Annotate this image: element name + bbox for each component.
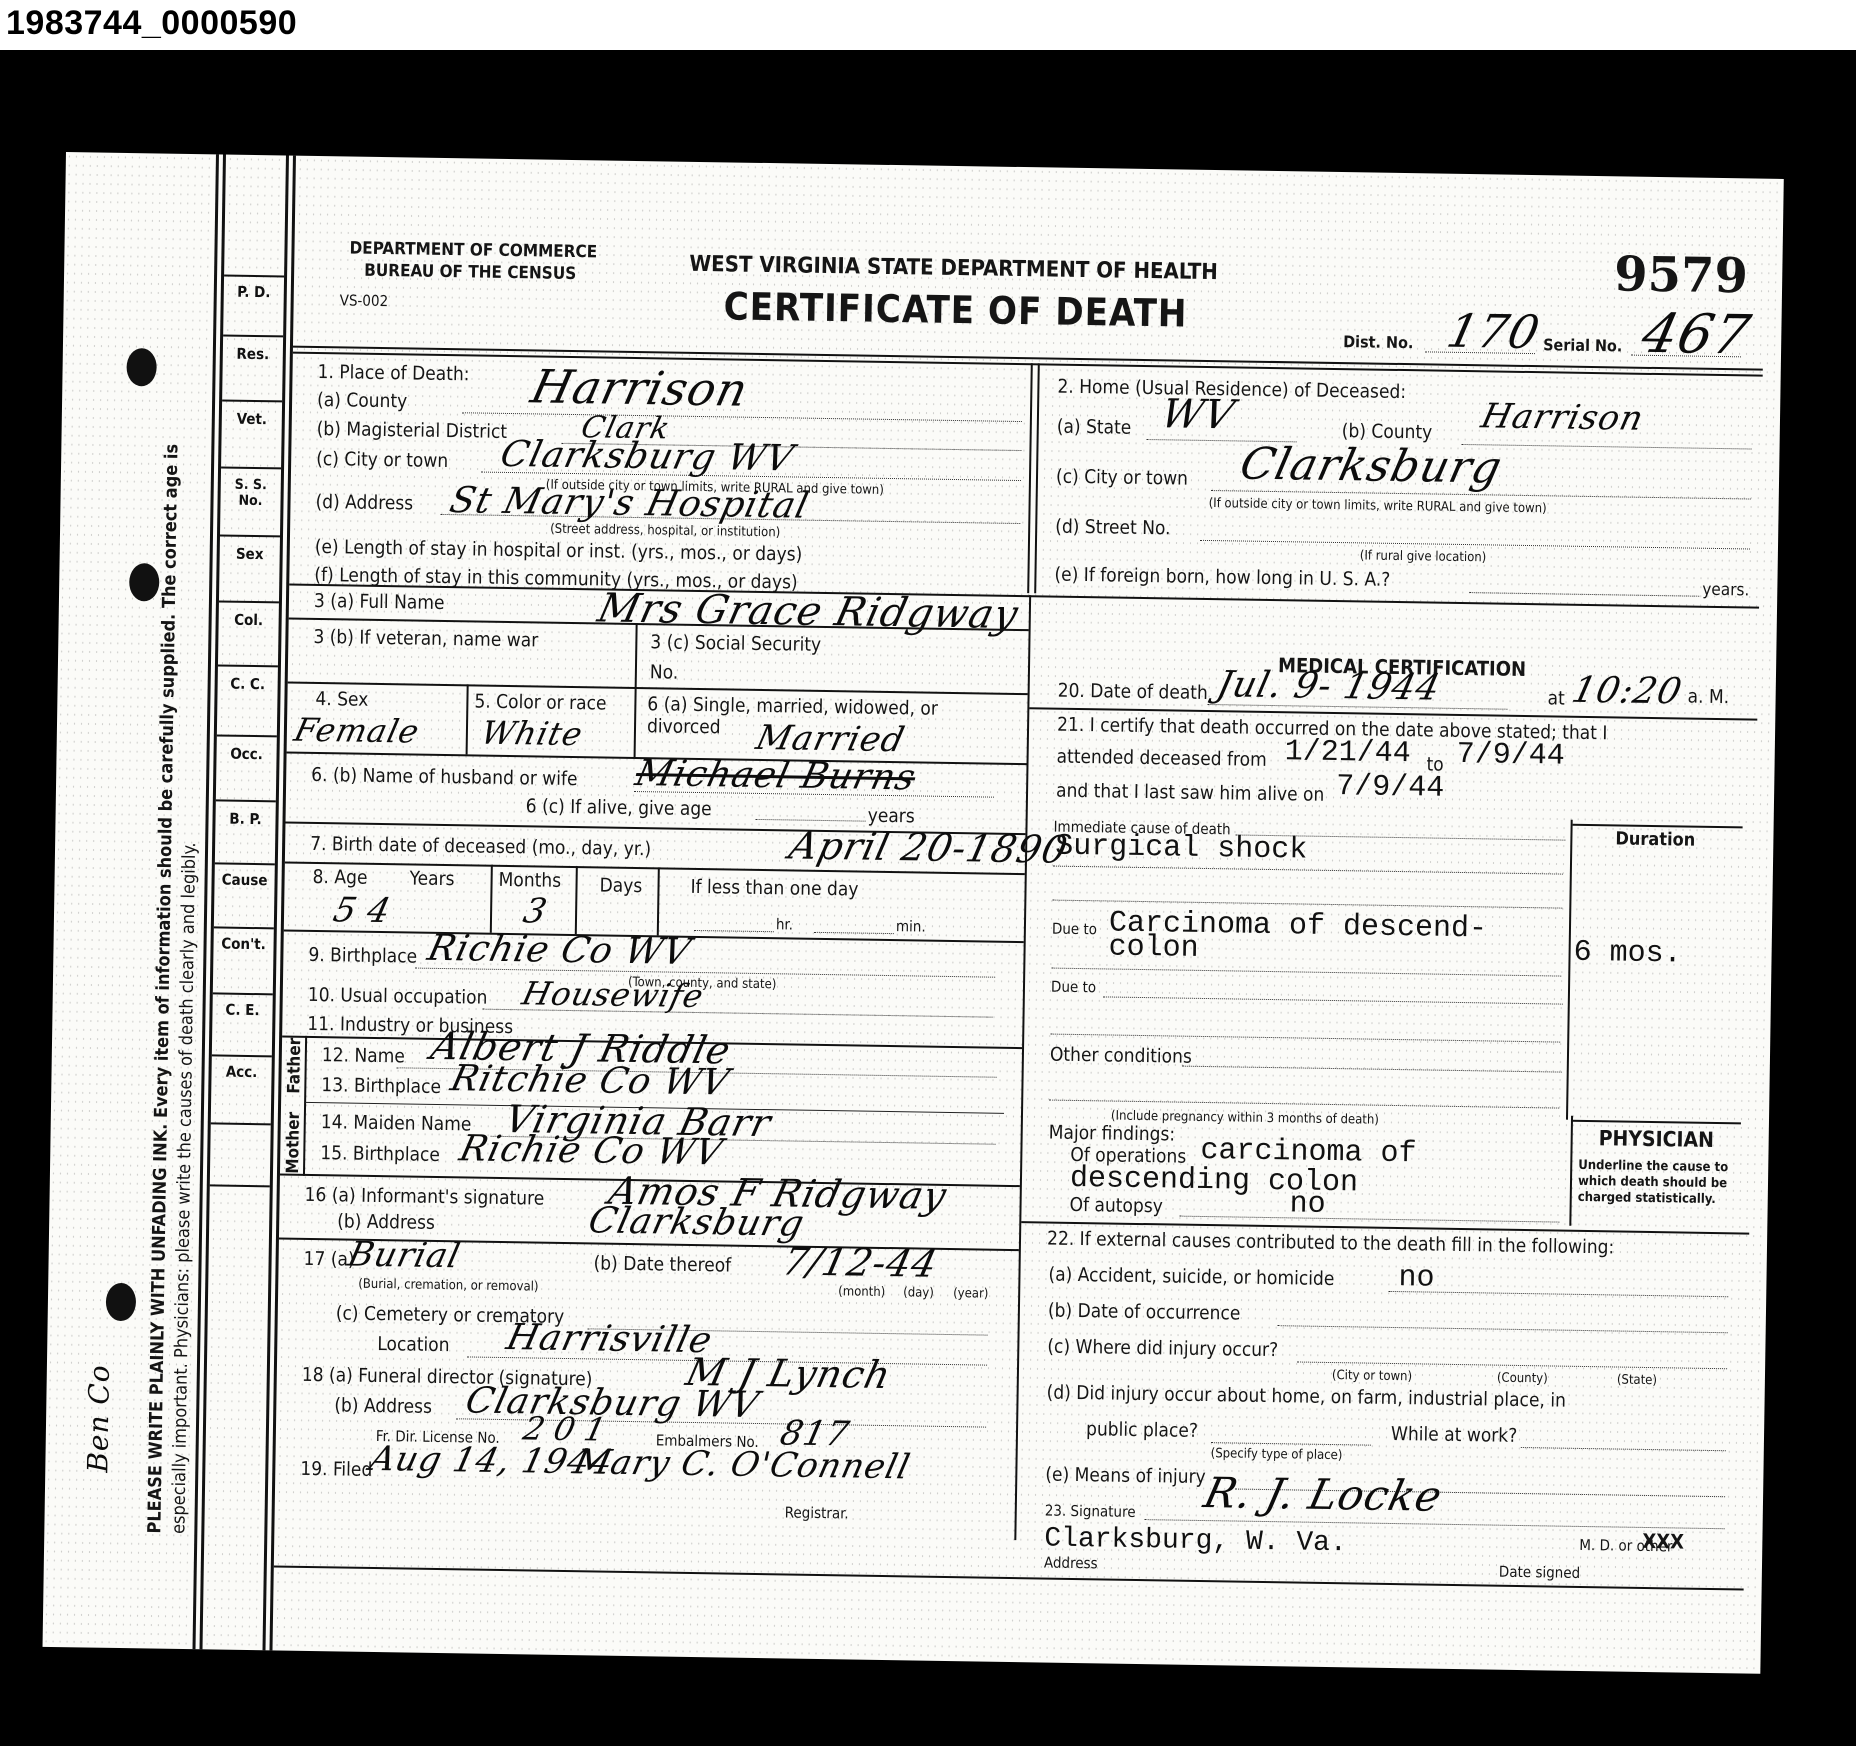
due-to-label: Due to [1052, 920, 1097, 939]
margin-handwritten-note: Ben Co [81, 1364, 116, 1473]
means-of-injury-label: (e) Means of injury [1045, 1464, 1206, 1489]
image-id-band: 1983744_0000590 [0, 0, 1856, 50]
birth-date-value: April 20-1890 [785, 824, 1072, 872]
district-label: (b) Magisterial District [317, 418, 508, 443]
mother-tag: Mother [283, 1112, 304, 1174]
location-label: Location [377, 1333, 450, 1356]
res-state-value: WV [1157, 391, 1239, 438]
code-cont: Con't. [213, 934, 273, 953]
code-bp: B. P. [215, 809, 275, 828]
where-label: (c) Where did injury occur? [1047, 1336, 1278, 1362]
autopsy-value: no [1289, 1187, 1326, 1222]
punch-hole-icon [106, 1283, 137, 1321]
code-pd: P. D. [224, 282, 284, 301]
birth-date-label: 7. Birth date of deceased (mo., day, yr.… [310, 833, 651, 860]
foreign-born-label: (e) If foreign born, how long in U. S. A… [1054, 564, 1390, 591]
other-conditions-label: Other conditions [1050, 1044, 1192, 1068]
code-cc: C. C. [218, 674, 278, 693]
public-place-note: (Specify type of place) [1211, 1446, 1343, 1463]
certifier-signature-label: 23. Signature [1045, 1502, 1136, 1521]
occupation-label: 10. Usual occupation [308, 984, 488, 1009]
death-certificate: PLEASE WRITE PLAINLY WITH UNFADING INK. … [43, 152, 1784, 1674]
sex-value: Female [291, 711, 424, 751]
due-to-value-line2: colon [1108, 930, 1199, 965]
death-city-label: (c) City or town [316, 448, 448, 472]
serial-no-label: Serial No. [1543, 335, 1623, 355]
place-of-death-heading: 1. Place of Death: [317, 361, 469, 385]
code-occ: Occ. [216, 744, 276, 763]
death-time-label: at [1547, 687, 1565, 709]
physician-note: Underline the cause to which death shoul… [1578, 1158, 1729, 1208]
res-state-label: (a) State [1057, 416, 1132, 439]
father-tag: Father [284, 1038, 305, 1094]
punch-hole-icon [129, 563, 160, 601]
mother-birthplace-value: Richie Co WV [456, 1128, 727, 1173]
where-note-city: (City or town) [1332, 1368, 1412, 1384]
code-acc: Acc. [211, 1062, 271, 1081]
res-street-note: (If rural give location) [1360, 548, 1487, 565]
death-city-value: Clarksburg WV [497, 434, 798, 479]
father-name-label: 12. Name [322, 1044, 405, 1067]
dist-no-value: 170 [1442, 304, 1545, 359]
informant-address-value: Clarksburg [585, 1200, 809, 1244]
occupation-value: Housewife [519, 974, 708, 1015]
race-value: White [478, 714, 587, 753]
months-value: 3 [520, 891, 552, 931]
mother-maiden-label: 14. Maiden Name [321, 1111, 472, 1135]
res-city-note: (If outside city or town limits, write R… [1209, 496, 1547, 516]
res-street-label: (d) Street No. [1055, 516, 1171, 540]
external-heading: 22. If external causes contributed to th… [1047, 1228, 1615, 1259]
code-col: Col. [219, 610, 279, 629]
date-note-day: (day) [903, 1285, 934, 1300]
certifier-signature-value: R. J. Locke [1199, 1468, 1447, 1521]
certificate-title: CERTIFICATE OF DEATH [723, 284, 1187, 335]
mother-birthplace-label: 15. Birthplace [320, 1142, 440, 1166]
bureau-census: BUREAU OF THE CENSUS [364, 261, 576, 284]
stamp-number: 9579 [1614, 246, 1748, 304]
full-name-label: 3 (a) Full Name [314, 590, 445, 614]
code-res: Res. [223, 344, 283, 363]
years-value: 54 [330, 890, 406, 931]
death-time-suffix: a. M. [1687, 686, 1729, 709]
attended-from: 1/21/44 [1284, 735, 1411, 771]
death-date-label: 20. Date of death [1057, 680, 1207, 704]
code-cause: Cause [214, 870, 274, 889]
autopsy-label: Of autopsy [1069, 1194, 1163, 1217]
disposition-date-label: (b) Date thereof [593, 1252, 731, 1276]
dept-commerce: DEPARTMENT OF COMMERCE [349, 238, 597, 262]
accident-label: (a) Accident, suicide, or homicide [1048, 1264, 1334, 1290]
res-city-label: (c) City or town [1056, 466, 1188, 490]
spouse-value: Michael Burns [632, 753, 920, 798]
informant-label: 16 (a) Informant's signature [304, 1184, 544, 1210]
age-label: 8. Age [312, 866, 367, 889]
while-at-work-label: While at work? [1391, 1423, 1518, 1447]
attended-to: 7/9/44 [1456, 738, 1565, 774]
due-to-duration: 6 mos. [1573, 936, 1682, 972]
ssn-no-label: No. [650, 661, 679, 683]
where-note-state: (State) [1617, 1373, 1657, 1389]
code-ce: C. E. [212, 1000, 272, 1019]
dist-no-label: Dist. No. [1343, 332, 1414, 352]
certifier-title-value: XXX [1642, 1529, 1684, 1554]
code-ssno: S. S. No. [220, 476, 280, 509]
immediate-cause-value: Surgical shock [1055, 830, 1308, 868]
date-signed-label: Date signed [1499, 1563, 1581, 1582]
did-occur-label: (d) Did injury occur about home, on farm… [1046, 1382, 1566, 1412]
hr-label: hr. [776, 915, 793, 933]
last-seen-value: 7/9/44 [1336, 770, 1445, 806]
race-label: 5. Color or race [474, 690, 606, 714]
disposition-value: Burial [344, 1235, 464, 1277]
physician-heading: PHYSICIAN [1599, 1126, 1715, 1152]
ssn-label: 3 (c) Social Security [650, 631, 821, 656]
last-seen-label: and that I last saw him alive on [1056, 780, 1325, 806]
serial-no-value: 467 [1636, 302, 1756, 366]
res-county-value: Harrison [1477, 396, 1647, 438]
foreign-born-suffix: years. [1702, 580, 1749, 601]
sex-label: 4. Sex [315, 688, 368, 711]
death-address-value: St Mary's Hospital [446, 480, 813, 526]
death-date-value: Jul. 9- 1944 [1213, 664, 1444, 708]
registrar-signature: Mary C. O'Connell [571, 1442, 914, 1487]
registrar-label: Registrar. [785, 1503, 849, 1522]
res-city-value: Clarksburg [1235, 439, 1507, 494]
punch-hole-icon [126, 348, 157, 386]
father-birthplace-value: Ritchie Co WV [447, 1058, 734, 1103]
informant-address-label: (b) Address [337, 1210, 435, 1234]
years-label: Years [409, 867, 454, 890]
spouse-age-label: 6 (c) If alive, give age [526, 795, 712, 820]
min-label: min. [896, 917, 926, 935]
major-findings-label: Major findings: [1049, 1122, 1176, 1146]
due-to2-label: Due to [1051, 978, 1096, 997]
public-place-label: public place? [1086, 1418, 1198, 1442]
death-address-label: (d) Address [315, 491, 413, 515]
death-address-note: (Street address, hospital, or institutio… [550, 522, 780, 541]
veteran-label: 3 (b) If veteran, name war [313, 626, 538, 652]
accident-value: no [1398, 1261, 1435, 1296]
duration-label: Duration [1615, 828, 1695, 850]
birthplace-value: Richie Co WV [424, 928, 695, 973]
months-label: Months [498, 869, 561, 892]
marital-value: Married [752, 718, 908, 760]
state-department: WEST VIRGINIA STATE DEPARTMENT OF HEALTH [689, 252, 1218, 285]
certifier-address-label: Address [1044, 1554, 1098, 1573]
code-vet: Vet. [222, 409, 282, 428]
spouse-label: 6. (b) Name of husband or wife [311, 764, 578, 790]
date-note-year: (year) [953, 1286, 988, 1302]
days-label: Days [599, 874, 642, 897]
attended-label: attended deceased from [1056, 746, 1266, 771]
stay-hospital-label: (e) Length of stay in hospital or inst. … [315, 536, 803, 566]
county-label: (a) County [317, 389, 407, 412]
filed-label: 19. Filed [300, 1458, 372, 1481]
disposition-note: (Burial, cremation, or removal) [358, 1277, 538, 1295]
death-time-value: 10:20 [1568, 670, 1686, 713]
code-sex: Sex [220, 544, 280, 563]
father-birthplace-label: 13. Birthplace [321, 1074, 441, 1098]
funeral-address-label: (b) Address [334, 1394, 432, 1418]
image-id: 1983744_0000590 [6, 4, 297, 43]
date-note-month: (month) [838, 1284, 885, 1300]
location-value: Harrisville [503, 1317, 717, 1361]
form-number: VS-002 [340, 291, 389, 310]
less-day-label: If less than one day [690, 876, 858, 901]
birthplace-label: 9. Birthplace [308, 944, 417, 968]
death-county-value: Harrison [526, 359, 753, 416]
disposition-date-value: 7/12-44 [779, 1239, 943, 1285]
where-note-county: (County) [1497, 1371, 1548, 1387]
occurrence-date-label: (b) Date of occurrence [1048, 1300, 1241, 1325]
